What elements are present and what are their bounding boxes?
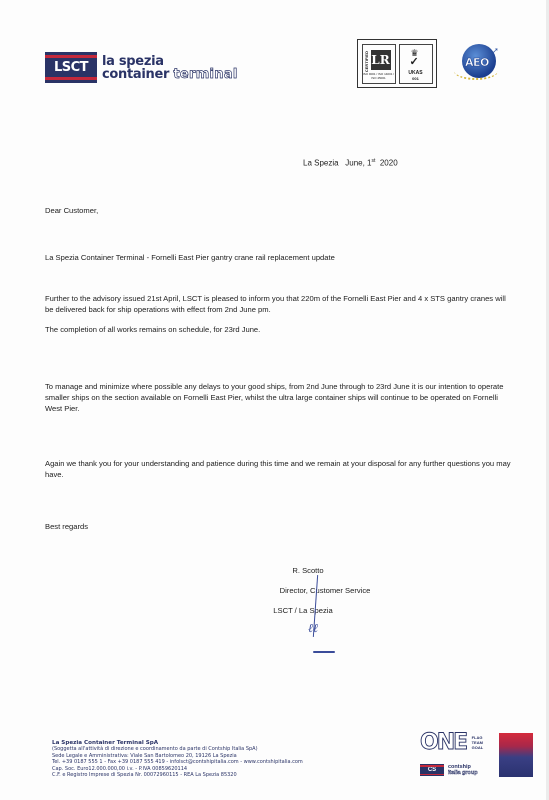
lsct-logo-box-text: LSCT [54,60,88,75]
red-blue-flag-icon [499,733,533,777]
paragraph: To manage and minimize where possible an… [45,381,515,414]
certification-badges: CERTIFIED LR ISO 9001 / ISO 14001 / ISO … [357,39,437,88]
logo-line-2: container terminal [102,68,238,81]
letter-date: La Spezia June, 1st 2020 [303,158,398,168]
aeo-label: AEO [465,56,489,69]
contship-wordmark: contship italia group [448,764,478,776]
contship-box-text: CS [428,767,436,773]
closing: Best regards [45,521,88,532]
ukas-number: 001 [400,76,432,81]
logo-line-2-outline: terminal [173,67,237,82]
logo-line-2-bold: container [102,67,169,82]
aeo-logo: ➚ AEO [452,42,500,84]
footer-line: Tel. +39 0187 555 1 - Fax +39 0187 555 4… [52,759,303,765]
lsct-logo-wordmark: la spezia container terminal [102,55,238,81]
footer-company-info: La Spezia Container Terminal SpA (Sogget… [52,740,303,778]
lr-standards-text: ISO 9001 / ISO 14001 / ISO 45001 [363,72,395,80]
lsct-logo: LSCT la spezia container terminal [45,50,238,85]
contship-italia-logo: CS contship italia group [420,764,478,776]
lr-mark-icon: LR [371,50,391,70]
date-suffix: st [372,158,376,164]
signature-underline [313,651,335,653]
one-flag-team-goal-logo: ONE FLAG TEAM GOAL [420,733,483,753]
paragraph: Further to the advisory issued 21st Apri… [45,293,515,315]
handwritten-signature-icon: ℓℓ [302,575,332,645]
letter-page: LSCT la spezia container terminal CERTIF… [0,0,549,800]
one-tags: FLAG TEAM GOAL [472,735,484,750]
paragraph: The completion of all works remains on s… [45,324,260,335]
arrow-icon: ➚ [492,46,499,55]
ukas-badge: ♛ ✓ UKAS 001 [399,44,433,84]
date-text: June, 1 [345,159,371,168]
signature-scribble: ℓℓ [308,621,318,636]
salutation: Dear Customer, [45,205,98,216]
check-mark-icon: ✓ [410,57,419,68]
one-tag: GOAL [472,745,484,750]
date-year: 2020 [380,159,398,168]
footer-line: C.F. e Registro Imprese di Spezia Nr. 00… [52,772,303,778]
contship-line-2: italia group [448,770,478,776]
one-word: ONE [420,733,466,753]
lsct-logo-box: LSCT [45,52,97,83]
paragraph: Again we thank you for your understandin… [45,458,515,480]
lr-side-text: CERTIFIED [364,51,369,72]
lr-certified-badge: CERTIFIED LR ISO 9001 / ISO 14001 / ISO … [362,44,396,84]
subject-line: La Spezia Container Terminal - Fornelli … [45,252,335,263]
date-place: La Spezia [303,159,339,168]
contship-logo-box: CS [420,764,444,776]
